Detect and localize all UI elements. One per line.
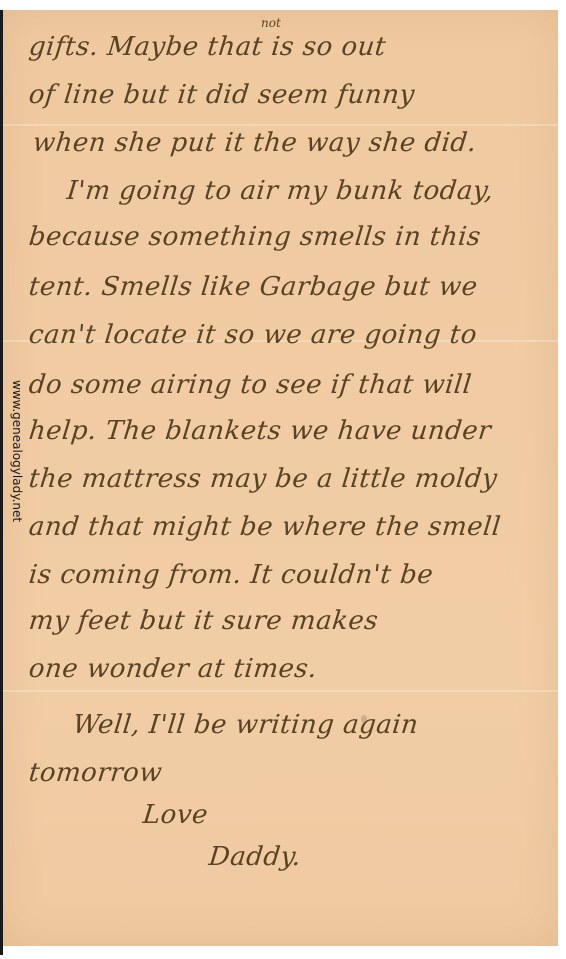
letter-line: is coming from. It couldn't be [27, 560, 434, 590]
insertion-mark: not [261, 16, 281, 30]
paper-stain [361, 715, 367, 723]
letter-line: tent. Smells like Garbage but we [27, 272, 479, 302]
letter-signature: Daddy. [207, 842, 302, 872]
letter-line: of line but it did seem funny [27, 80, 416, 110]
letter-scan: not gifts. Maybe that is so out of line … [0, 0, 566, 959]
letter-line: can't locate it so we are going to [27, 320, 478, 350]
letter-line: gifts. Maybe that is so out [27, 32, 387, 62]
paper-fold [3, 124, 558, 126]
letter-line: tomorrow [27, 758, 163, 788]
letter-line: because something smells in this [27, 222, 482, 252]
letter-page: not gifts. Maybe that is so out of line … [3, 10, 558, 946]
letter-line: and that might be where the smell [27, 512, 502, 542]
letter-line: when she put it the way she did. [31, 128, 478, 158]
letter-line: do some airing to see if that will [27, 370, 473, 400]
watermark-text: www.genealogylady.net [6, 380, 24, 590]
letter-closing: Love [141, 800, 209, 830]
letter-line: one wonder at times. [27, 654, 318, 684]
letter-line: I'm going to air my bunk today, [65, 176, 495, 206]
letter-line: help. The blankets we have under [27, 416, 492, 446]
letter-line: my feet but it sure makes [27, 606, 379, 636]
letter-line: Well, I'll be writing again [71, 710, 420, 740]
letter-line: the mattress may be a little moldy [27, 464, 498, 494]
paper-fold [3, 690, 558, 692]
